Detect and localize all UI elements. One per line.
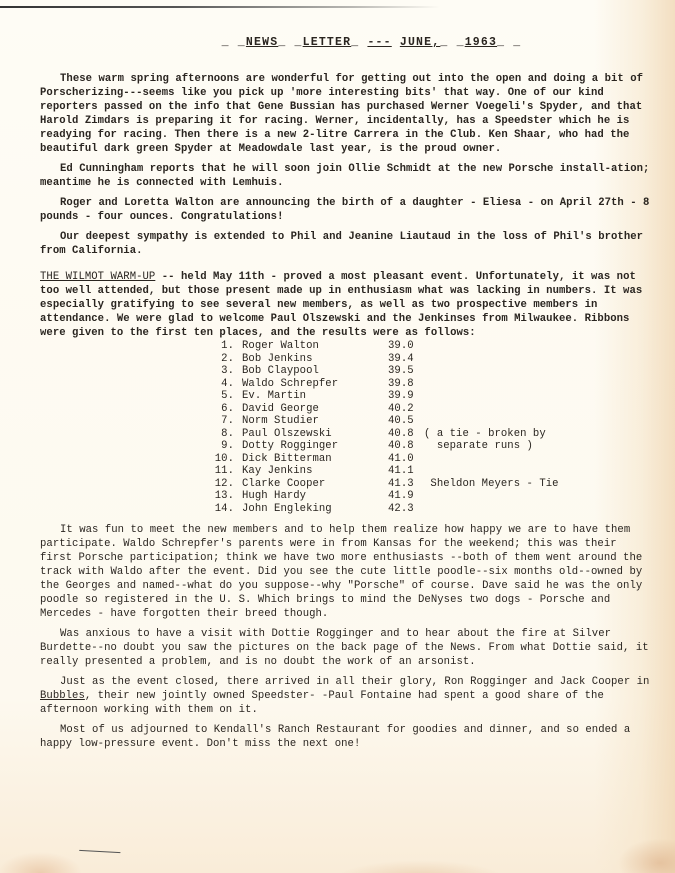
paragraph-kendalls: Most of us adjourned to Kendall's Ranch …: [40, 723, 655, 751]
bubbles-car-name: Bubbles: [40, 690, 85, 702]
title-word-letter: LETTER: [303, 36, 352, 49]
results-row: 5.Ev. Martin39.9: [208, 390, 559, 403]
title-month: JUNE,: [400, 36, 441, 49]
result-time: 40.2: [388, 403, 420, 416]
results-row: 11.Kay Jenkins41.1: [208, 465, 559, 478]
result-name: Ev. Martin: [242, 390, 388, 403]
bubbles-text-before: Just as the event closed, there arrived …: [60, 676, 649, 688]
result-time: 40.8: [388, 428, 420, 441]
result-note: [420, 503, 559, 516]
result-note: [420, 453, 559, 466]
result-time: 39.5: [388, 365, 420, 378]
result-name: Paul Olszewski: [242, 428, 388, 441]
paragraph-sympathy: Our deepest sympathy is extended to Phil…: [40, 230, 655, 258]
result-name: Kay Jenkins: [242, 465, 388, 478]
result-note: [420, 403, 559, 416]
top-rule: [0, 6, 440, 8]
results-row: 10.Dick Bitterman41.0: [208, 453, 559, 466]
results-row: 14.John Engleking42.3: [208, 503, 559, 516]
result-name: John Engleking: [242, 503, 388, 516]
result-note: [420, 415, 559, 428]
result-time: 40.5: [388, 415, 420, 428]
result-name: Dick Bitterman: [242, 453, 388, 466]
result-rank: 5.: [208, 390, 242, 403]
result-time: 39.8: [388, 378, 420, 391]
results-row: 13.Hugh Hardy41.9: [208, 490, 559, 503]
paragraph-new-members: It was fun to meet the new members and t…: [40, 523, 655, 621]
results-row: 2.Bob Jenkins39.4: [208, 353, 559, 366]
result-note: [420, 465, 559, 478]
result-note: [420, 490, 559, 503]
result-note: ( a tie - broken by: [420, 428, 559, 441]
results-row: 8.Paul Olszewski40.8( a tie - broken by: [208, 428, 559, 441]
newsletter-content: _ _NEWS_ _LETTER_ --- JUNE,_ _1963_ _ Th…: [40, 36, 655, 757]
wilmot-heading: THE WILMOT WARM-UP: [40, 271, 155, 283]
result-note: [420, 390, 559, 403]
results-row: 7.Norm Studier40.5: [208, 415, 559, 428]
result-name: Clarke Cooper: [242, 478, 388, 491]
paragraph-cunningham: Ed Cunningham reports that he will soon …: [40, 162, 655, 190]
results-row: 3.Bob Claypool39.5: [208, 365, 559, 378]
results-row: 12.Clarke Cooper41.3 Sheldon Meyers - Ti…: [208, 478, 559, 491]
result-note: separate runs ): [420, 440, 559, 453]
result-note: [420, 340, 559, 353]
result-rank: 2.: [208, 353, 242, 366]
result-name: Hugh Hardy: [242, 490, 388, 503]
result-rank: 8.: [208, 428, 242, 441]
result-time: 39.9: [388, 390, 420, 403]
result-rank: 7.: [208, 415, 242, 428]
result-name: Waldo Schrepfer: [242, 378, 388, 391]
result-rank: 1.: [208, 340, 242, 353]
result-time: 39.0: [388, 340, 420, 353]
paragraph-walton-birth: Roger and Loretta Walton are announcing …: [40, 196, 655, 224]
result-time: 41.9: [388, 490, 420, 503]
result-note: Sheldon Meyers - Tie: [420, 478, 559, 491]
results-table: 1.Roger Walton39.02.Bob Jenkins39.43.Bob…: [208, 340, 559, 515]
result-rank: 9.: [208, 440, 242, 453]
result-time: 42.3: [388, 503, 420, 516]
result-rank: 12.: [208, 478, 242, 491]
bubbles-text-after: , their new jointly owned Speedster- -Pa…: [40, 690, 604, 716]
results-row: 1.Roger Walton39.0: [208, 340, 559, 353]
result-name: Norm Studier: [242, 415, 388, 428]
results-row: 9.Dotty Rogginger40.8 separate runs ): [208, 440, 559, 453]
title-word-news: NEWS: [246, 36, 278, 49]
newsletter-page: _ _NEWS_ _LETTER_ --- JUNE,_ _1963_ _ Th…: [0, 0, 675, 873]
result-note: [420, 365, 559, 378]
result-time: 41.1: [388, 465, 420, 478]
result-name: David George: [242, 403, 388, 416]
paragraph-rogginger-fire: Was anxious to have a visit with Dottie …: [40, 627, 655, 669]
title-separator: ---: [367, 36, 391, 49]
result-name: Roger Walton: [242, 340, 388, 353]
result-note: [420, 378, 559, 391]
result-rank: 10.: [208, 453, 242, 466]
results-row: 4.Waldo Schrepfer39.8: [208, 378, 559, 391]
paragraph-wilmot-warmup: THE WILMOT WARM-UP -- held May 11th - pr…: [40, 270, 655, 340]
paragraph-bubbles: Just as the event closed, there arrived …: [40, 675, 655, 717]
result-name: Bob Jenkins: [242, 353, 388, 366]
result-rank: 6.: [208, 403, 242, 416]
result-time: 41.3: [388, 478, 420, 491]
result-name: Dotty Rogginger: [242, 440, 388, 453]
result-name: Bob Claypool: [242, 365, 388, 378]
result-time: 39.4: [388, 353, 420, 366]
results-row: 6.David George40.2: [208, 403, 559, 416]
result-rank: 13.: [208, 490, 242, 503]
page-title: _ _NEWS_ _LETTER_ --- JUNE,_ _1963_ _: [88, 36, 655, 50]
result-note: [420, 353, 559, 366]
result-time: 40.8: [388, 440, 420, 453]
title-year: 1963: [465, 36, 497, 49]
result-rank: 3.: [208, 365, 242, 378]
result-rank: 4.: [208, 378, 242, 391]
result-rank: 14.: [208, 503, 242, 516]
result-time: 41.0: [388, 453, 420, 466]
result-rank: 11.: [208, 465, 242, 478]
paragraph-spring: These warm spring afternoons are wonderf…: [40, 72, 655, 156]
